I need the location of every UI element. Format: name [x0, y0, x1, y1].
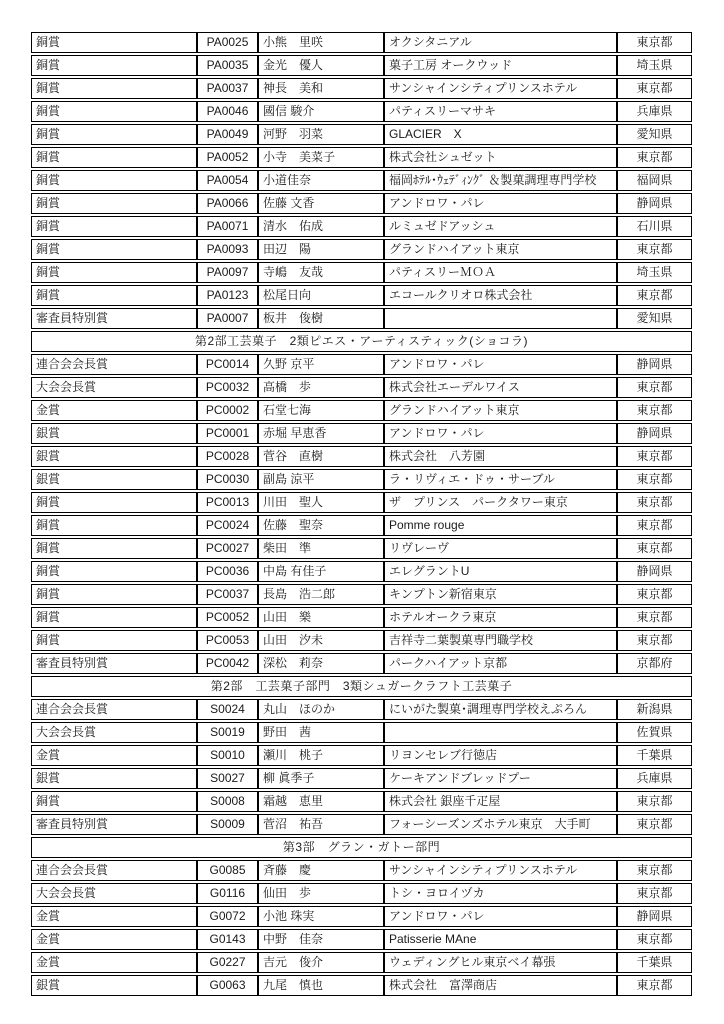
- award-cell: 銅賞: [31, 216, 197, 237]
- table-row: 金賞S0010瀬川 桃子リヨンセレブ行徳店千葉県: [31, 745, 692, 766]
- prefecture-cell: 東京都: [617, 883, 692, 904]
- table-row: 金賞G0227吉元 俊介ウェディングヒル東京ベイ幕張千葉県: [31, 952, 692, 973]
- award-cell: 銅賞: [31, 147, 197, 168]
- entry-id-cell: PC0053: [197, 630, 258, 651]
- award-cell: 銅賞: [31, 239, 197, 260]
- prefecture-cell: 東京都: [617, 469, 692, 490]
- award-cell: 大会会長賞: [31, 883, 197, 904]
- table-row: 銅賞PA0052小寺 美菜子株式会社シュゼット東京都: [31, 147, 692, 168]
- entry-id-cell: PC0036: [197, 561, 258, 582]
- entrant-name-cell: 高橋 歩: [258, 377, 384, 398]
- entry-id-cell: PC0030: [197, 469, 258, 490]
- entrant-name-cell: 山田 汐未: [258, 630, 384, 651]
- award-cell: 連合会会長賞: [31, 354, 197, 375]
- entrant-name-cell: 寺嶋 友哉: [258, 262, 384, 283]
- table-row: 審査員特別賞PC0042深松 莉奈パークハイアット京都京都府: [31, 653, 692, 674]
- entrant-name-cell: 深松 莉奈: [258, 653, 384, 674]
- table-row: 銅賞PA0093田辺 陽グランドハイアット東京東京都: [31, 239, 692, 260]
- organization-cell: リヨンセレブ行徳店: [384, 745, 617, 766]
- prefecture-cell: 兵庫県: [617, 101, 692, 122]
- entry-id-cell: PA0025: [197, 32, 258, 53]
- entrant-name-cell: 國信 駿介: [258, 101, 384, 122]
- award-cell: 銅賞: [31, 170, 197, 191]
- organization-cell: ケーキアンドブレッドプー: [384, 768, 617, 789]
- entrant-name-cell: 佐藤 聖奈: [258, 515, 384, 536]
- organization-cell: Patisserie MAne: [384, 929, 617, 950]
- entrant-name-cell: 仙田 歩: [258, 883, 384, 904]
- award-cell: 大会会長賞: [31, 722, 197, 743]
- organization-cell: サンシャインシティプリンスホテル: [384, 860, 617, 881]
- award-cell: 銅賞: [31, 32, 197, 53]
- organization-cell: ホテルオークラ東京: [384, 607, 617, 628]
- organization-cell: グランドハイアット東京: [384, 400, 617, 421]
- organization-cell: ラ・リヴィエ・ドゥ・サーブル: [384, 469, 617, 490]
- entrant-name-cell: 長島 浩二郎: [258, 584, 384, 605]
- entry-id-cell: S0010: [197, 745, 258, 766]
- entrant-name-cell: 赤堀 早恵香: [258, 423, 384, 444]
- entry-id-cell: PA0037: [197, 78, 258, 99]
- award-cell: 金賞: [31, 929, 197, 950]
- table-row: 銀賞PC0030副島 涼平ラ・リヴィエ・ドゥ・サーブル東京都: [31, 469, 692, 490]
- table-row: 金賞G0072小池 珠実アンドロワ・パレ静岡県: [31, 906, 692, 927]
- prefecture-cell: 東京都: [617, 975, 692, 996]
- entry-id-cell: PA0049: [197, 124, 258, 145]
- prefecture-cell: 東京都: [617, 538, 692, 559]
- entrant-name-cell: 田辺 陽: [258, 239, 384, 260]
- section-header: 第2部工芸菓子 2類ピエス・アーティスティック(ショコラ): [31, 331, 692, 352]
- organization-cell: 株式会社 銀座千疋屋: [384, 791, 617, 812]
- entrant-name-cell: 霜越 恵里: [258, 791, 384, 812]
- award-cell: 銅賞: [31, 538, 197, 559]
- prefecture-cell: 静岡県: [617, 354, 692, 375]
- table-row: 銅賞PA0035金光 優人菓子工房 オークウッド埼玉県: [31, 55, 692, 76]
- entry-id-cell: PA0007: [197, 308, 258, 329]
- results-table-body: 銅賞PA0025小熊 里咲オクシタニアル東京都銅賞PA0035金光 優人菓子工房…: [31, 32, 692, 996]
- table-row: 連合会会長賞G0085斉藤 慶サンシャインシティプリンスホテル東京都: [31, 860, 692, 881]
- award-cell: 金賞: [31, 400, 197, 421]
- award-cell: 金賞: [31, 952, 197, 973]
- organization-cell: グランドハイアット東京: [384, 239, 617, 260]
- organization-cell: キンプトン新宿東京: [384, 584, 617, 605]
- entrant-name-cell: 瀬川 桃子: [258, 745, 384, 766]
- prefecture-cell: 兵庫県: [617, 768, 692, 789]
- entry-id-cell: G0063: [197, 975, 258, 996]
- prefecture-cell: 石川県: [617, 216, 692, 237]
- prefecture-cell: 東京都: [617, 147, 692, 168]
- organization-cell: ウェディングヒル東京ベイ幕張: [384, 952, 617, 973]
- entrant-name-cell: 久野 京平: [258, 354, 384, 375]
- organization-cell: 福岡ﾎﾃﾙ･ｳｪﾃﾞｨﾝｸﾞ ＆製菓調理専門学校: [384, 170, 617, 191]
- table-row: 大会会長賞G0116仙田 歩トシ・ヨロイヅカ東京都: [31, 883, 692, 904]
- entrant-name-cell: 菅沼 祐吾: [258, 814, 384, 835]
- table-row: 連合会会長賞PC0014久野 京平アンドロワ・パレ静岡県: [31, 354, 692, 375]
- entry-id-cell: S0027: [197, 768, 258, 789]
- organization-cell: 株式会社エーデルワイス: [384, 377, 617, 398]
- organization-cell: 株式会社 八芳園: [384, 446, 617, 467]
- prefecture-cell: 東京都: [617, 814, 692, 835]
- entrant-name-cell: 中島 有佳子: [258, 561, 384, 582]
- prefecture-cell: 東京都: [617, 492, 692, 513]
- table-row: 銅賞PA0025小熊 里咲オクシタニアル東京都: [31, 32, 692, 53]
- organization-cell: [384, 308, 617, 329]
- award-cell: 銅賞: [31, 584, 197, 605]
- entry-id-cell: S0009: [197, 814, 258, 835]
- section-header: 第2部 工芸菓子部門 3類シュガークラフト工芸菓子: [31, 676, 692, 697]
- table-row: 銅賞PA0054小道佳奈福岡ﾎﾃﾙ･ｳｪﾃﾞｨﾝｸﾞ ＆製菓調理専門学校福岡県: [31, 170, 692, 191]
- entrant-name-cell: 吉元 俊介: [258, 952, 384, 973]
- award-cell: 銅賞: [31, 791, 197, 812]
- table-row: 銀賞PC0028菅谷 直樹株式会社 八芳園東京都: [31, 446, 692, 467]
- award-cell: 銀賞: [31, 768, 197, 789]
- entrant-name-cell: 松尾日向: [258, 285, 384, 306]
- award-cell: 銀賞: [31, 469, 197, 490]
- award-cell: 銀賞: [31, 975, 197, 996]
- award-cell: 金賞: [31, 745, 197, 766]
- prefecture-cell: 静岡県: [617, 423, 692, 444]
- award-cell: 大会会長賞: [31, 377, 197, 398]
- entrant-name-cell: 佐藤 文香: [258, 193, 384, 214]
- entry-id-cell: PC0024: [197, 515, 258, 536]
- organization-cell: アンドロワ・パレ: [384, 906, 617, 927]
- organization-cell: トシ・ヨロイヅカ: [384, 883, 617, 904]
- entry-id-cell: G0143: [197, 929, 258, 950]
- award-cell: 銅賞: [31, 285, 197, 306]
- prefecture-cell: 東京都: [617, 239, 692, 260]
- results-table: 銅賞PA0025小熊 里咲オクシタニアル東京都銅賞PA0035金光 優人菓子工房…: [31, 30, 692, 998]
- entrant-name-cell: 九尾 慎也: [258, 975, 384, 996]
- prefecture-cell: 静岡県: [617, 193, 692, 214]
- table-row: 金賞G0143中野 佳奈Patisserie MAne東京都: [31, 929, 692, 950]
- entry-id-cell: PC0001: [197, 423, 258, 444]
- prefecture-cell: 愛知県: [617, 124, 692, 145]
- organization-cell: 菓子工房 オークウッド: [384, 55, 617, 76]
- table-row: 銅賞PA0097寺嶋 友哉パティスリーＭＯＡ埼玉県: [31, 262, 692, 283]
- table-row: 銅賞PA0037神長 美和サンシャインシティプリンスホテル東京都: [31, 78, 692, 99]
- award-cell: 審査員特別賞: [31, 814, 197, 835]
- organization-cell: パティスリーマサキ: [384, 101, 617, 122]
- award-cell: 銅賞: [31, 515, 197, 536]
- entrant-name-cell: 柳 眞季子: [258, 768, 384, 789]
- award-cell: 銅賞: [31, 607, 197, 628]
- prefecture-cell: 埼玉県: [617, 55, 692, 76]
- organization-cell: 吉祥寺二葉製菓専門職学校: [384, 630, 617, 651]
- table-row: 銅賞S0008霜越 恵里株式会社 銀座千疋屋東京都: [31, 791, 692, 812]
- entrant-name-cell: 菅谷 直樹: [258, 446, 384, 467]
- entrant-name-cell: 川田 聖人: [258, 492, 384, 513]
- entry-id-cell: PC0042: [197, 653, 258, 674]
- organization-cell: 株式会社 富澤商店: [384, 975, 617, 996]
- table-row: 銅賞PC0013川田 聖人ザ プリンス パークタワー東京東京都: [31, 492, 692, 513]
- table-row: 銅賞PA0066佐藤 文香アンドロワ・パレ静岡県: [31, 193, 692, 214]
- prefecture-cell: 東京都: [617, 446, 692, 467]
- table-row: 銅賞PC0027柴田 準リヴレーヴ東京都: [31, 538, 692, 559]
- organization-cell: オクシタニアル: [384, 32, 617, 53]
- table-row: 銅賞PC0036中島 有佳子エレグラントU静岡県: [31, 561, 692, 582]
- organization-cell: サンシャインシティプリンスホテル: [384, 78, 617, 99]
- table-row: 審査員特別賞PA0007板井 俊樹愛知県: [31, 308, 692, 329]
- entrant-name-cell: 小道佳奈: [258, 170, 384, 191]
- entry-id-cell: PA0071: [197, 216, 258, 237]
- award-cell: 審査員特別賞: [31, 308, 197, 329]
- prefecture-cell: 東京都: [617, 929, 692, 950]
- entrant-name-cell: 小熊 里咲: [258, 32, 384, 53]
- table-row: 大会会長賞S0019野田 茜佐賀県: [31, 722, 692, 743]
- organization-cell: アンドロワ・パレ: [384, 423, 617, 444]
- award-cell: 銅賞: [31, 124, 197, 145]
- organization-cell: [384, 722, 617, 743]
- award-cell: 銀賞: [31, 423, 197, 444]
- prefecture-cell: 東京都: [617, 515, 692, 536]
- entry-id-cell: PC0037: [197, 584, 258, 605]
- table-row: 銅賞PA0046國信 駿介パティスリーマサキ兵庫県: [31, 101, 692, 122]
- organization-cell: エレグラントU: [384, 561, 617, 582]
- award-cell: 銅賞: [31, 561, 197, 582]
- prefecture-cell: 東京都: [617, 400, 692, 421]
- table-row: 銅賞PA0049河野 羽菜GLACIER X愛知県: [31, 124, 692, 145]
- award-cell: 銅賞: [31, 630, 197, 651]
- organization-cell: アンドロワ・パレ: [384, 193, 617, 214]
- organization-cell: にいがた製菓･調理専門学校えぷろん: [384, 699, 617, 720]
- prefecture-cell: 新潟県: [617, 699, 692, 720]
- entrant-name-cell: 副島 涼平: [258, 469, 384, 490]
- prefecture-cell: 東京都: [617, 860, 692, 881]
- entrant-name-cell: 丸山 ほのか: [258, 699, 384, 720]
- prefecture-cell: 東京都: [617, 791, 692, 812]
- table-row: 銅賞PC0052山田 樂ホテルオークラ東京東京都: [31, 607, 692, 628]
- prefecture-cell: 東京都: [617, 78, 692, 99]
- entry-id-cell: PC0027: [197, 538, 258, 559]
- entrant-name-cell: 山田 樂: [258, 607, 384, 628]
- table-row: 金賞PC0002石堂七海グランドハイアット東京東京都: [31, 400, 692, 421]
- award-cell: 銅賞: [31, 262, 197, 283]
- award-cell: 銅賞: [31, 78, 197, 99]
- entry-id-cell: G0227: [197, 952, 258, 973]
- prefecture-cell: 愛知県: [617, 308, 692, 329]
- prefecture-cell: 佐賀県: [617, 722, 692, 743]
- entry-id-cell: PA0035: [197, 55, 258, 76]
- table-row: 銅賞PC0037長島 浩二郎キンプトン新宿東京東京都: [31, 584, 692, 605]
- prefecture-cell: 千葉県: [617, 745, 692, 766]
- prefecture-cell: 東京都: [617, 285, 692, 306]
- entrant-name-cell: 金光 優人: [258, 55, 384, 76]
- table-row: 銅賞PA0071清水 佑成ルミュゼドアッシュ石川県: [31, 216, 692, 237]
- prefecture-cell: 静岡県: [617, 561, 692, 582]
- entry-id-cell: PA0066: [197, 193, 258, 214]
- organization-cell: Pomme rouge: [384, 515, 617, 536]
- table-row: 銅賞PA0123松尾日向エコールクリオロ株式会社東京都: [31, 285, 692, 306]
- prefecture-cell: 埼玉県: [617, 262, 692, 283]
- entrant-name-cell: 中野 佳奈: [258, 929, 384, 950]
- section-header: 第3部 グラン・ガトー部門: [31, 837, 692, 858]
- entry-id-cell: S0019: [197, 722, 258, 743]
- entry-id-cell: PA0046: [197, 101, 258, 122]
- table-row: 銀賞G0063九尾 慎也株式会社 富澤商店東京都: [31, 975, 692, 996]
- table-row: 審査員特別賞S0009菅沼 祐吾フォーシーズンズホテル東京 大手町東京都: [31, 814, 692, 835]
- entry-id-cell: PA0093: [197, 239, 258, 260]
- entrant-name-cell: 河野 羽菜: [258, 124, 384, 145]
- table-row: 連合会会長賞S0024丸山 ほのかにいがた製菓･調理専門学校えぷろん新潟県: [31, 699, 692, 720]
- prefecture-cell: 東京都: [617, 377, 692, 398]
- award-cell: 連合会会長賞: [31, 699, 197, 720]
- entry-id-cell: PC0032: [197, 377, 258, 398]
- entry-id-cell: PA0097: [197, 262, 258, 283]
- organization-cell: アンドロワ・パレ: [384, 354, 617, 375]
- award-cell: 銀賞: [31, 446, 197, 467]
- entry-id-cell: PC0052: [197, 607, 258, 628]
- organization-cell: ザ プリンス パークタワー東京: [384, 492, 617, 513]
- entry-id-cell: S0024: [197, 699, 258, 720]
- organization-cell: パティスリーＭＯＡ: [384, 262, 617, 283]
- table-row: 銀賞PC0001赤堀 早恵香アンドロワ・パレ静岡県: [31, 423, 692, 444]
- document-page: 銅賞PA0025小熊 里咲オクシタニアル東京都銅賞PA0035金光 優人菓子工房…: [0, 0, 724, 1024]
- entrant-name-cell: 清水 佑成: [258, 216, 384, 237]
- entry-id-cell: PC0014: [197, 354, 258, 375]
- award-cell: 銅賞: [31, 193, 197, 214]
- table-row: 銅賞PC0053山田 汐未吉祥寺二葉製菓専門職学校東京都: [31, 630, 692, 651]
- organization-cell: リヴレーヴ: [384, 538, 617, 559]
- award-cell: 金賞: [31, 906, 197, 927]
- organization-cell: エコールクリオロ株式会社: [384, 285, 617, 306]
- entrant-name-cell: 柴田 準: [258, 538, 384, 559]
- entry-id-cell: G0085: [197, 860, 258, 881]
- prefecture-cell: 千葉県: [617, 952, 692, 973]
- entrant-name-cell: 神長 美和: [258, 78, 384, 99]
- prefecture-cell: 東京都: [617, 32, 692, 53]
- section-row: 第2部工芸菓子 2類ピエス・アーティスティック(ショコラ): [31, 331, 692, 352]
- award-cell: 審査員特別賞: [31, 653, 197, 674]
- table-row: 銅賞PC0024佐藤 聖奈Pomme rouge東京都: [31, 515, 692, 536]
- award-cell: 銅賞: [31, 55, 197, 76]
- section-row: 第2部 工芸菓子部門 3類シュガークラフト工芸菓子: [31, 676, 692, 697]
- entry-id-cell: PC0028: [197, 446, 258, 467]
- organization-cell: パークハイアット京都: [384, 653, 617, 674]
- prefecture-cell: 福岡県: [617, 170, 692, 191]
- entry-id-cell: PC0002: [197, 400, 258, 421]
- award-cell: 連合会会長賞: [31, 860, 197, 881]
- entry-id-cell: PC0013: [197, 492, 258, 513]
- prefecture-cell: 東京都: [617, 584, 692, 605]
- organization-cell: ルミュゼドアッシュ: [384, 216, 617, 237]
- entry-id-cell: G0116: [197, 883, 258, 904]
- entry-id-cell: PA0123: [197, 285, 258, 306]
- organization-cell: GLACIER X: [384, 124, 617, 145]
- entry-id-cell: S0008: [197, 791, 258, 812]
- entry-id-cell: PA0054: [197, 170, 258, 191]
- prefecture-cell: 東京都: [617, 630, 692, 651]
- entrant-name-cell: 斉藤 慶: [258, 860, 384, 881]
- entrant-name-cell: 野田 茜: [258, 722, 384, 743]
- organization-cell: 株式会社シュゼット: [384, 147, 617, 168]
- entrant-name-cell: 板井 俊樹: [258, 308, 384, 329]
- prefecture-cell: 京都府: [617, 653, 692, 674]
- table-row: 銀賞S0027柳 眞季子ケーキアンドブレッドプー兵庫県: [31, 768, 692, 789]
- award-cell: 銅賞: [31, 101, 197, 122]
- prefecture-cell: 東京都: [617, 607, 692, 628]
- table-row: 大会会長賞PC0032高橋 歩株式会社エーデルワイス東京都: [31, 377, 692, 398]
- section-row: 第3部 グラン・ガトー部門: [31, 837, 692, 858]
- entrant-name-cell: 石堂七海: [258, 400, 384, 421]
- entrant-name-cell: 小寺 美菜子: [258, 147, 384, 168]
- entrant-name-cell: 小池 珠実: [258, 906, 384, 927]
- organization-cell: フォーシーズンズホテル東京 大手町: [384, 814, 617, 835]
- entry-id-cell: PA0052: [197, 147, 258, 168]
- award-cell: 銅賞: [31, 492, 197, 513]
- entry-id-cell: G0072: [197, 906, 258, 927]
- prefecture-cell: 静岡県: [617, 906, 692, 927]
